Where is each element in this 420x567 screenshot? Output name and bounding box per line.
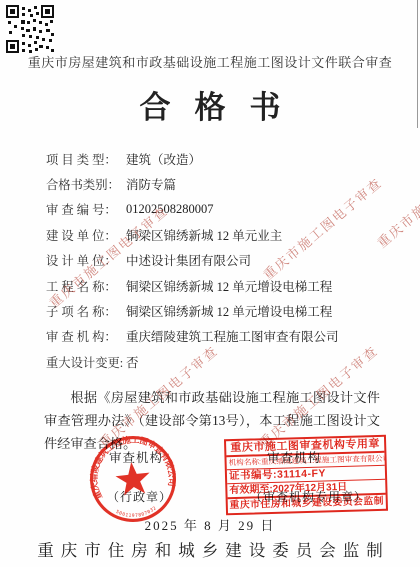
- rect-stamp-certificate-number-label: 证书编号:: [229, 469, 277, 482]
- rect-stamp-validity-label: 有效期至:: [229, 484, 273, 496]
- round-official-seal: 重庆缙陵建筑工程施工图审查有限公司 5001197807032: [84, 430, 183, 529]
- field-value: 重庆缙陵建筑工程施工图审查有限公司: [126, 327, 339, 345]
- qr-code-graphic: [6, 5, 54, 53]
- field-value: 铜梁区锦绣新城 12 单元增设电梯工程: [126, 277, 332, 295]
- field-row-project-name: 工 程 名 称： 铜梁区锦绣新城 12 单元增设电梯工程: [46, 273, 386, 298]
- field-value: 01202508280007: [126, 202, 214, 217]
- document-title: 合格书: [0, 82, 420, 127]
- field-label: 审 查 编 号：: [46, 200, 126, 218]
- field-label: 建 设 单 位：: [46, 226, 126, 244]
- field-value: 否: [126, 353, 139, 371]
- rect-stamp-validity-value: 2027年12月31日: [273, 482, 348, 495]
- field-label: 子 项 名 称：: [46, 302, 126, 320]
- field-row-certificate-category: 合格书类别： 消防专篇: [46, 171, 386, 196]
- field-row-project-type: 项 目 类 型： 建筑（改造）: [46, 146, 386, 171]
- document-header-title: 重庆市房屋建筑和市政基础设施工程施工图设计文件联合审查: [0, 52, 420, 71]
- field-list: 项 目 类 型： 建筑（改造） 合格书类别： 消防专篇 审 查 编 号： 012…: [46, 146, 386, 375]
- rect-stamp-agency-name-value: 重庆缙陵建筑工程施工图审查有限公司: [261, 454, 385, 467]
- field-label: 审 查 机 构：: [46, 327, 126, 345]
- field-label: 工 程 名 称：: [46, 277, 126, 295]
- rect-stamp-footer: 重庆市住房和城乡建设委员会监制: [228, 495, 386, 513]
- rect-stamp-certificate-number-value: 31114-FY: [277, 467, 326, 480]
- qr-code: [6, 5, 54, 53]
- certificate-page: 重庆市房屋建筑和市政基础设施工程施工图设计文件联合审查 合格书 项 目 类 型：…: [0, 0, 420, 567]
- field-value: 消防专篇: [126, 175, 176, 193]
- field-label: 项 目 类 型：: [46, 150, 126, 168]
- issue-date: 2025 年 8 月 29 日: [0, 515, 420, 534]
- field-row-major-design-change: 重大设计变更: 否: [46, 349, 386, 374]
- round-seal-graphic: 重庆缙陵建筑工程施工图审查有限公司 5001197807032: [84, 430, 183, 529]
- field-label: 重大设计变更:: [46, 353, 126, 371]
- field-value: 铜梁区锦绣新城 12 单元业主: [126, 226, 282, 244]
- field-label: 合格书类别：: [46, 175, 126, 193]
- field-value: 建筑（改造）: [126, 150, 201, 168]
- field-value: 铜梁区锦绣新城 12 单元增设电梯工程: [126, 302, 332, 320]
- review-agency-rect-stamp: 重庆市施工图审查机构专用章 机构名称:重庆缙陵建筑工程施工图审查有限公司 证书编…: [224, 435, 388, 515]
- field-value: 中述设计集团有限公司: [126, 251, 251, 269]
- field-row-construction-unit: 建 设 单 位： 铜梁区锦绣新城 12 单元业主: [46, 222, 386, 247]
- issuing-authority: 重庆市住房和城乡建设委员会监制: [0, 537, 420, 561]
- field-row-review-number: 审 查 编 号： 01202508280007: [46, 197, 386, 222]
- field-row-design-unit: 设 计 单 位： 中述设计集团有限公司: [46, 248, 386, 273]
- field-row-subproject-name: 子 项 名 称： 铜梁区锦绣新城 12 单元增设电梯工程: [46, 298, 386, 323]
- field-label: 设 计 单 位：: [46, 251, 126, 269]
- field-row-review-agency: 审 查 机 构： 重庆缙陵建筑工程施工图审查有限公司: [46, 324, 386, 349]
- seal-star-icon: [114, 460, 151, 496]
- rect-stamp-agency-name-label: 机构名称:: [228, 457, 261, 467]
